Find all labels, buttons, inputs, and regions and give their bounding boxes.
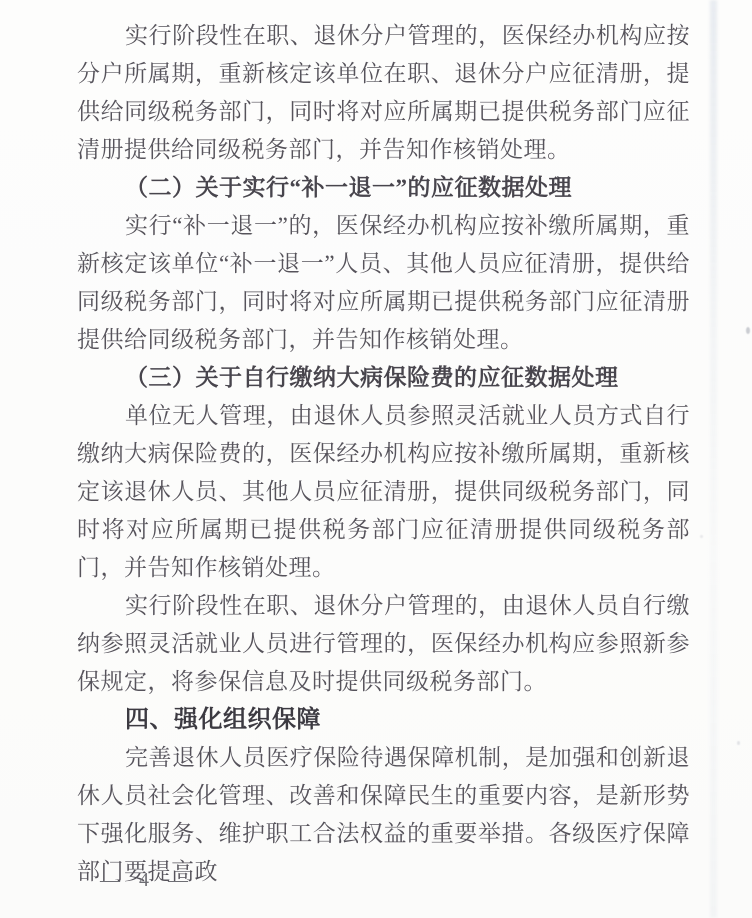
paragraph-self-paid-insurance: 单位无人管理，由退休人员参照灵活就业人员方式自行缴纳大病保险费的，医保经办机构应…	[77, 397, 690, 587]
paragraph-flexible-employment: 实行阶段性在职、退休分户管理的，由退休人员自行缴纳参照灵活就业人员进行管理的，医…	[77, 587, 690, 701]
section-heading-3: （三）关于自行缴纳大病保险费的应征数据处理	[77, 359, 690, 397]
scan-artifact-speck	[746, 327, 750, 334]
scanned-document-page: 实行阶段性在职、退休分户管理的，医保经办机构应按分户所属期，重新核定该单位在职、…	[0, 0, 752, 918]
scan-artifact-speck	[700, 535, 703, 538]
paragraph-supplement-refund: 实行“补一退一”的，医保经办机构应按补缴所属期，重新核定该单位“补一退一”人员、…	[77, 207, 690, 359]
section-heading-2: （二）关于实行“补一退一”的应征数据处理	[77, 169, 690, 207]
page-number: — 4 —	[100, 869, 195, 892]
paragraph-continuation-split-account: 实行阶段性在职、退休分户管理的，医保经办机构应按分户所属期，重新核定该单位在职、…	[77, 17, 690, 169]
scan-artifact-streak	[710, 0, 717, 918]
document-body: 实行阶段性在职、退休分户管理的，医保经办机构应按分户所属期，重新核定该单位在职、…	[77, 17, 690, 891]
scan-artifact-speck	[737, 741, 740, 745]
section-heading-4: 四、强化组织保障	[77, 701, 690, 739]
